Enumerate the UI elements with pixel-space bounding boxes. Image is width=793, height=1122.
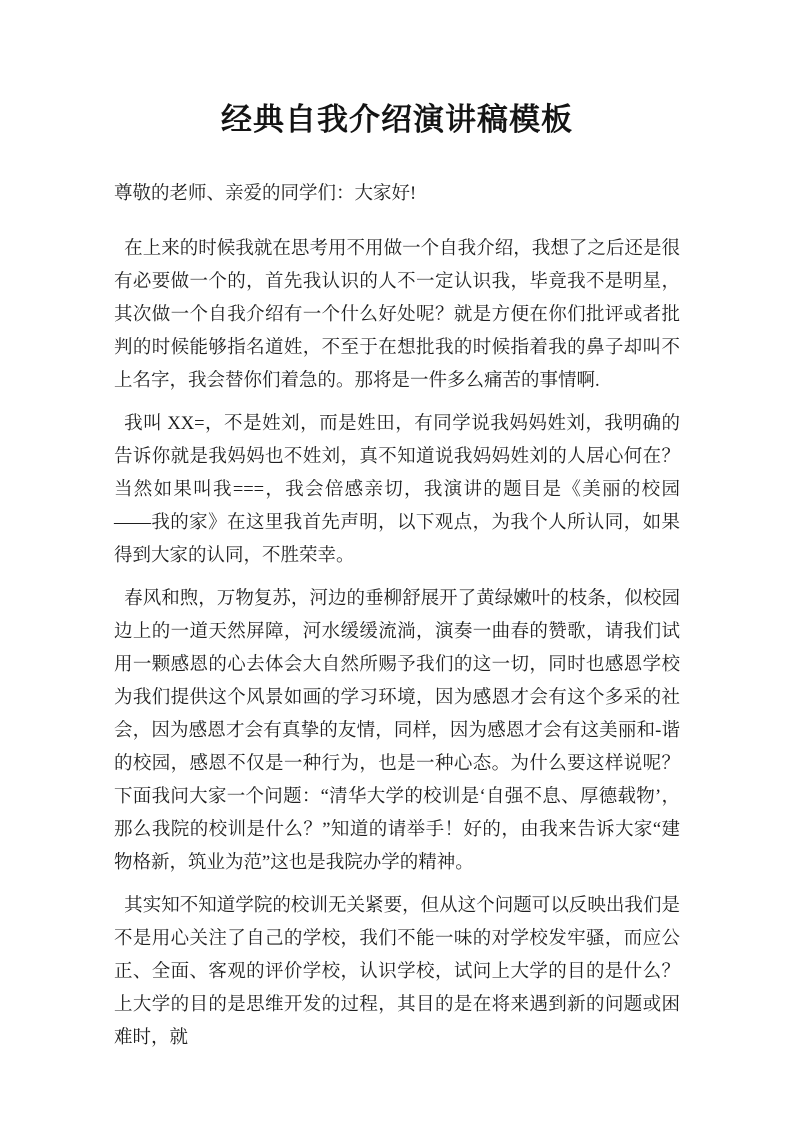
document-title: 经典自我介绍演讲稿模板 xyxy=(114,98,680,142)
paragraph-1: 在上来的时候我就在思考用不用做一个自我介绍，我想了之后还是很有必要做一个的，首先… xyxy=(114,233,680,398)
greeting-line: 尊敬的老师、亲爱的同学们：大家好! xyxy=(114,178,680,211)
paragraph-3: 春风和煦，万物复苏，河边的垂柳舒展开了黄绿嫩叶的枝条，似校园边上的一道天然屏障，… xyxy=(114,583,680,880)
paragraph-4: 其实知不知道学院的校训无关紧要，但从这个问题可以反映出我们是不是用心关注了自己的… xyxy=(114,890,680,1055)
document-page: 经典自我介绍演讲稿模板 尊敬的老师、亲爱的同学们：大家好! 在上来的时候我就在思… xyxy=(0,0,793,1122)
paragraph-2: 我叫 XX=，不是姓刘，而是姓田，有同学说我妈妈姓刘，我明确的告诉你就是我妈妈也… xyxy=(114,408,680,573)
